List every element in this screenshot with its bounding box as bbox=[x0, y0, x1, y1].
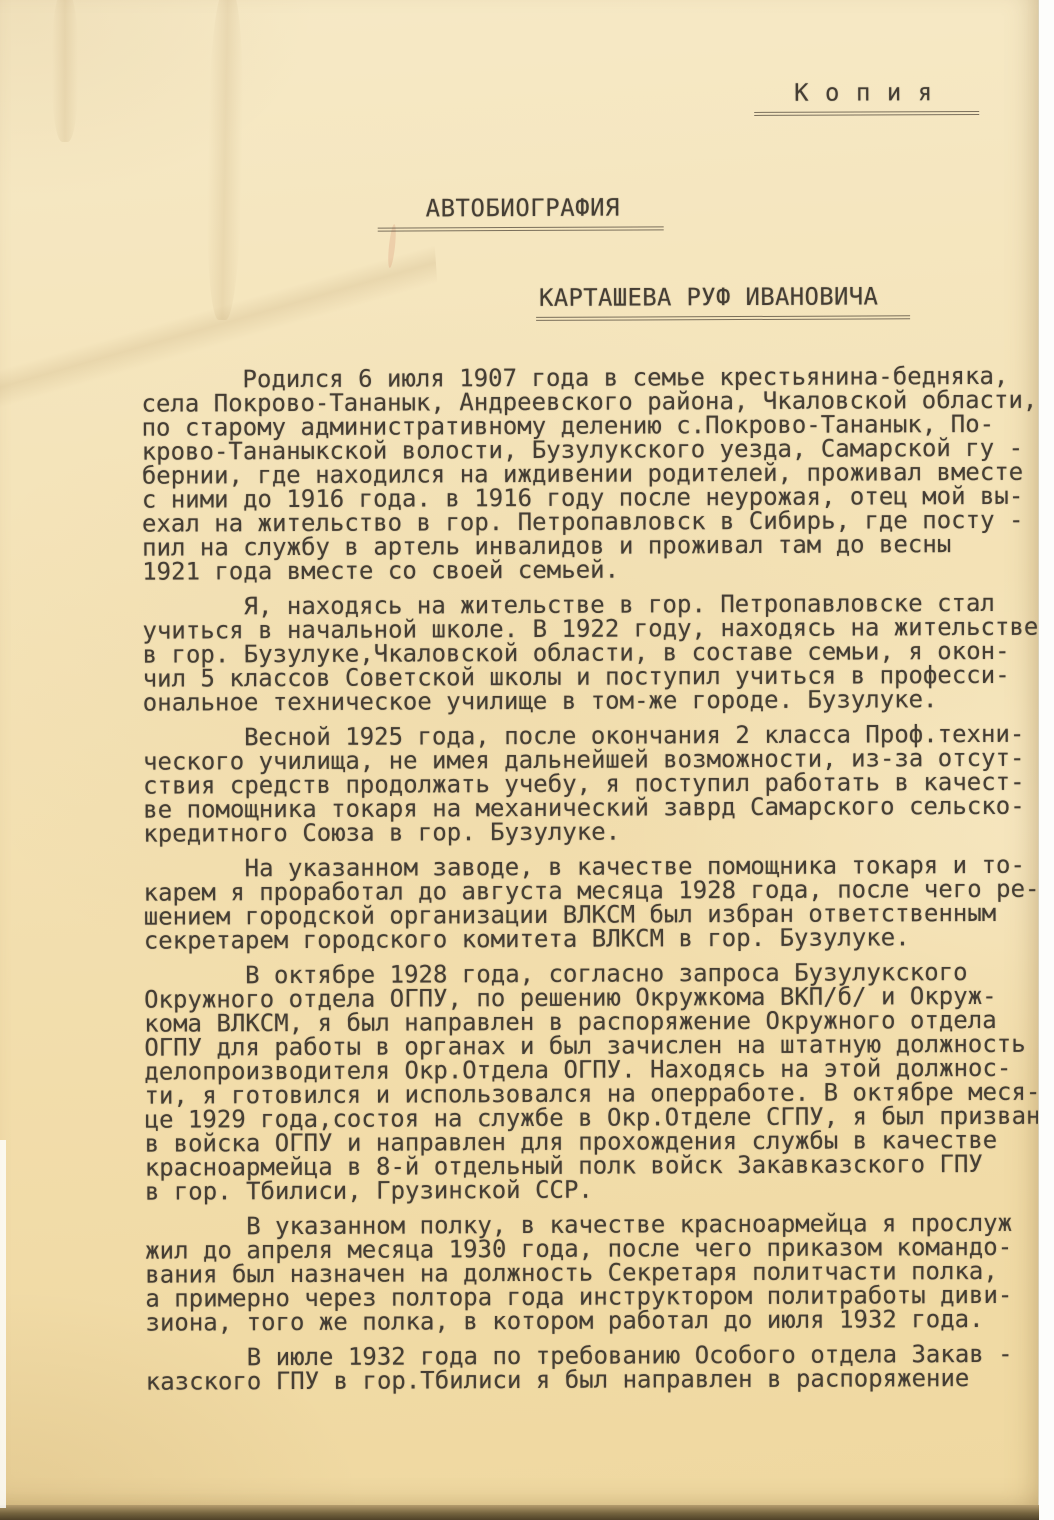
document-body: Родился 6 июля 1907 года в семье крестья… bbox=[141, 364, 1039, 1405]
document-page: К о п и я АВТОБИОГРАФИЯ КАРТАШЕВА РУФ ИВ… bbox=[0, 0, 1039, 1507]
paragraph: В июле 1932 года по требованию Особого о… bbox=[146, 1342, 1039, 1394]
scan-edge-left bbox=[0, 1140, 6, 1508]
document-subject: КАРТАШЕВА РУФ ИВАНОВИЧА bbox=[536, 282, 910, 321]
scan-edge-right bbox=[1038, 0, 1054, 1520]
scanned-document: К о п и я АВТОБИОГРАФИЯ КАРТАШЕВА РУФ ИВ… bbox=[0, 0, 1054, 1520]
paragraph: Я, находясь на жительстве в гор. Петропа… bbox=[142, 591, 1039, 715]
paragraph: В указанном полку, в качестве красноарме… bbox=[145, 1211, 1039, 1335]
scan-edge-bottom bbox=[0, 1505, 1039, 1520]
paragraph: Родился 6 июля 1907 года в семье крестья… bbox=[141, 364, 1039, 584]
paragraph: На указанном заводе, в качестве помощник… bbox=[143, 853, 1039, 953]
paragraph: В октябре 1928 года, согласно запроса Бу… bbox=[144, 960, 1039, 1204]
typewritten-content: К о п и я АВТОБИОГРАФИЯ КАРТАШЕВА РУФ ИВ… bbox=[0, 0, 1039, 1507]
document-title: АВТОБИОГРАФИЯ bbox=[378, 193, 665, 231]
paragraph: Весной 1925 года, после окончания 2 клас… bbox=[143, 722, 1039, 846]
copy-label: К о п и я bbox=[754, 78, 979, 116]
